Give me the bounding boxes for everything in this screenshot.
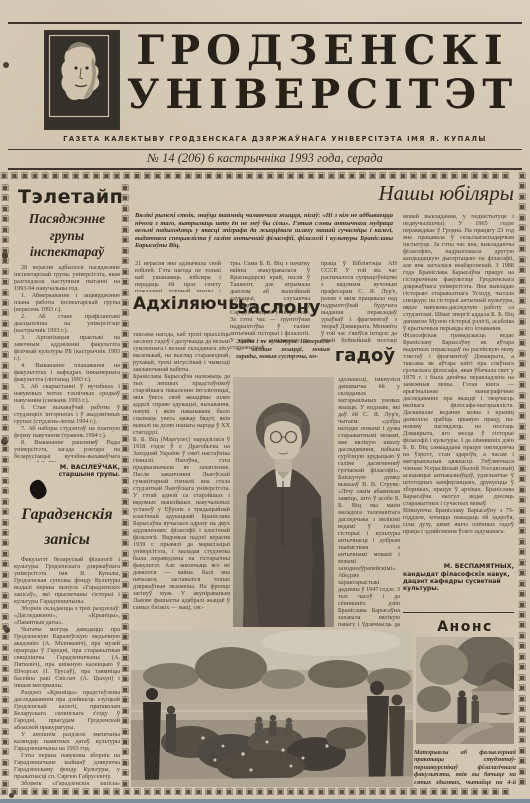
- zapisy-paragraph: Гэты першы навуковы зборнік на Гарадзенш…: [14, 752, 120, 780]
- ornament-border-right: ▣▣▣▣▣▣▣▣▣▣▣▣▣▣▣▣▣▣▣▣▣▣▣▣▣▣▣▣▣▣▣▣▣▣▣▣▣▣▣▣…: [518, 171, 529, 787]
- meeting-headline: Пасяджэнне групы інспектараў: [14, 211, 120, 261]
- jubilee-headline-word3: гадоў: [330, 345, 400, 366]
- newspaper-page: ГРОДЗЕНСКІ УНІВЕРСІТЭТ ГАЗЕТА КАЛЕКТЫВУ …: [0, 0, 530, 803]
- ornament-border-bottom: ▣▣▣▣▣▣▣▣▣▣▣▣▣▣▣▣▣▣▣▣▣▣▣▣▣▣▣▣▣▣▣▣▣▣▣▣▣▣▣▣…: [0, 787, 530, 799]
- dateline-top-rule: [8, 149, 522, 150]
- newspaper-subtitle: ГАЗЕТА КАЛЕКТЫВУ ГРОДЗЕНСКАГА ДЗЯРЖАЎНАГ…: [30, 135, 520, 143]
- jubilee-headline-word2: заслону: [236, 297, 322, 318]
- zapisy-paragraph: У апошнім раздзеле змешчаны каляндар пам…: [14, 731, 120, 752]
- meeting-signature-name: М. ВАСІЛЕЎЧАК,: [14, 463, 120, 471]
- meeting-article-body: 28 верасня адбылося пасяджэнне інспектар…: [14, 264, 120, 462]
- jubilee-signature-name: М. БЕСПАМЯТНЫХ,: [403, 562, 514, 570]
- meeting-paragraph: 5. Аб скарыстанні ў вучэбных і навуковых…: [14, 383, 120, 404]
- anons-title: Анонс: [415, 619, 515, 635]
- issue-dateline: № 14 (206) 6 кастрычніка 1993 года, сера…: [8, 151, 522, 166]
- jubilee-epigraph: Вялікі рымскі стоік, знаўца таямніц чала…: [135, 212, 393, 257]
- meeting-signature-role: старшыня групы.: [14, 471, 120, 478]
- jubilee-col3-top: праца ў Бібліятэцы АН СССР. У той жа час…: [321, 260, 397, 343]
- jubilee-section-title: Нашы юбіляры: [280, 181, 514, 206]
- zapisy-paragraph: Зборнік складаецца з трох раздзелаў: «Да…: [14, 605, 120, 626]
- newspaper-title-line1: ГРОДЗЕНСКІ: [125, 30, 520, 72]
- ink-blot-decoration: [27, 478, 48, 501]
- jubilee-portrait-photo: [233, 377, 334, 627]
- meeting-paragraph: 2. Аб стане прафілактыкі дысцыпліны на у…: [14, 313, 120, 334]
- newspaper-title-line2: УНІВЕРСІТЭТ: [125, 74, 520, 116]
- dateline-bottom-rule: [8, 168, 522, 170]
- jubilee-col4: мовай выкладання, у педінстытуце і педву…: [403, 213, 514, 559]
- meeting-paragraph: 6. Стан выхаваўчай работы ў студэнцкіх і…: [14, 404, 120, 425]
- meeting-paragraph: 1. Абмеркаванне і зацвярджэнне плана раб…: [14, 292, 120, 313]
- ornament-border-left: ▣▣▣▣▣▣▣▣▣▣▣▣▣▣▣▣▣▣▣▣▣▣▣▣▣▣▣▣▣▣▣▣▣▣▣▣▣▣▣▣…: [1, 183, 12, 787]
- meeting-paragraph: 7. Аб наборы студэнтаў на платную форму …: [14, 425, 120, 439]
- zapisy-paragraph: Раздзел «Крыніцы» прадстаўлены даследава…: [14, 689, 120, 731]
- jubilee-signature-role: кандыдат філасофскіх навук, дацэнт кафед…: [403, 571, 514, 592]
- meeting-paragraph: 4. Выкананне планавання на факультэтах і…: [14, 362, 120, 383]
- meeting-paragraph: 8. Выкананне рашэнняў Рады універсітэта,…: [14, 439, 120, 462]
- jubilee-headline-word1: Адхіляючы: [133, 294, 233, 314]
- kupala-portrait: [44, 30, 120, 130]
- zapisy-article-body: Факультэт беларускай філалогіі і культур…: [14, 556, 120, 786]
- zapisy-paragraph: Чытачы могуць даведацца пра Гродзенскую …: [14, 626, 120, 689]
- anons-photo: [416, 637, 514, 744]
- scanner-edge-strip: [0, 799, 530, 803]
- teletype-section-title: Тэлетайп: [18, 186, 120, 208]
- zapisy-paragraph: Факультэт беларускай філалогіі і культур…: [14, 556, 120, 605]
- masthead: ГРОДЗЕНСКІ УНІВЕРСІТЭТ ГАЗЕТА КАЛЕКТЫВУ …: [0, 0, 530, 170]
- meeting-paragraph: 3. Арганізацыя практыкі на завочным аддз…: [14, 334, 120, 362]
- anons-divider-rule: [403, 612, 514, 613]
- jubilee-col1-top: 21 верасня яна адзначыла свой юбілей. Гэ…: [135, 260, 221, 292]
- jubilee-col2-lead: Элады і яе культуры. Наперадзе — вялікае…: [236, 338, 330, 370]
- jubilee-col3-main: здольнасці, імкнуліся дапамагчы ёй у скл…: [338, 376, 400, 627]
- jubilee-col1-main: таксама нагода, каб трохі прыхіліць засл…: [133, 331, 230, 628]
- zapisy-headline: Гарадзенскія запісы: [14, 502, 120, 552]
- folklore-practice-photo: [131, 630, 413, 787]
- zapisy-paragraph: Зборнік «Гарадзенскія запісы» можна набы…: [14, 780, 120, 786]
- meeting-paragraph: 28 верасня адбылося пасяджэнне інспектар…: [14, 264, 120, 292]
- anons-caption: Матэрыялы аб фальклорнай практыцы студэн…: [414, 749, 516, 787]
- masthead-top-rule: [8, 22, 522, 24]
